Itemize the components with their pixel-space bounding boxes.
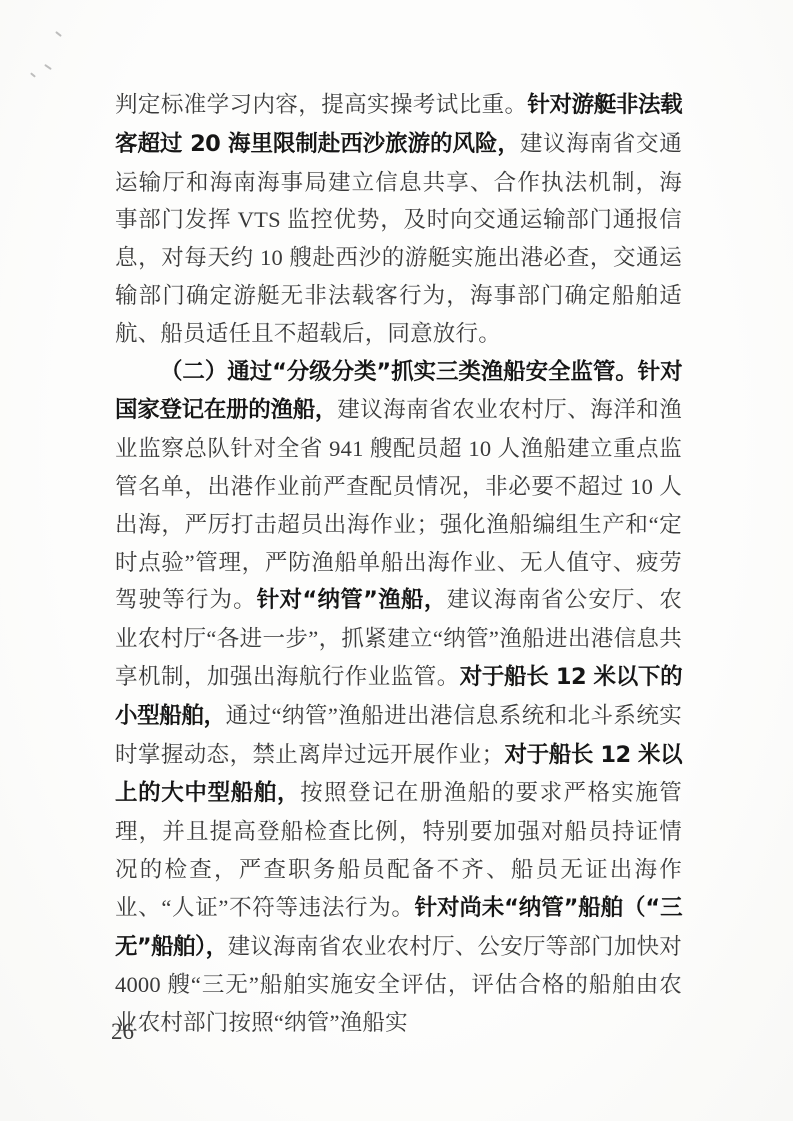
text-run-bold: （二）通过“分级分类”抓实三类渔船安全监管。 <box>160 359 638 385</box>
paragraph: 判定标准学习内容，提高实操考试比重。针对游艇非法载客超过 20 海里限制赴西沙旅… <box>115 86 682 353</box>
text-run: 判定标准学习内容，提高实操考试比重。 <box>115 92 527 117</box>
scan-speckle-icon <box>44 64 52 70</box>
scan-speckle-icon <box>55 31 62 37</box>
paragraph: （二）通过“分级分类”抓实三类渔船安全监管。针对国家登记在册的渔船，建议海南省农… <box>115 353 682 1042</box>
document-body: 判定标准学习内容，提高实操考试比重。针对游艇非法载客超过 20 海里限制赴西沙旅… <box>115 86 682 1042</box>
text-run: 建议海南省交通运输厅和海南海事局建立信息共享、合作执法机制，海事部门发挥 VTS… <box>115 131 682 346</box>
text-run-bold: 针对“纳管”渔船， <box>257 587 447 613</box>
page-number: 26 <box>111 1019 134 1045</box>
text-run: 建议海南省农业农村厅、海洋和渔业监察总队针对全省 941 艘配员超 10 人渔船… <box>115 397 682 612</box>
scanned-document-page: 判定标准学习内容，提高实操考试比重。针对游艇非法载客超过 20 海里限制赴西沙旅… <box>0 0 793 1121</box>
scan-speckle-icon <box>30 72 36 77</box>
